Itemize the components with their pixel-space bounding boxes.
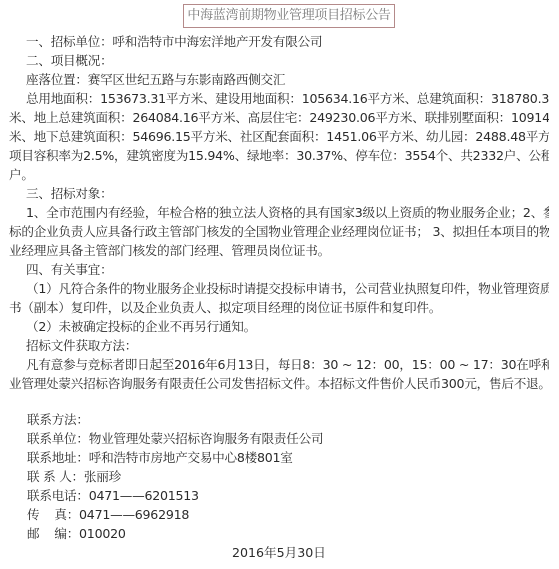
section-project-overview-heading: 二、项目概况：: [26, 51, 549, 70]
contact-phone: 联系电话：0471——6201513: [27, 486, 549, 505]
project-details-line: 户。: [9, 165, 549, 184]
contact-address: 联系地址：呼和浩特市房地产交易中心8楼801室: [27, 448, 549, 467]
announcement-title: 中海蓝湾前期物业管理项目招标公告: [183, 4, 395, 28]
section-related-matters-heading: 四、有关事宜：: [26, 260, 549, 279]
acquisition-method-heading: 招标文件获取方法：: [26, 336, 549, 355]
related-matters-line: （2）未被确定投标的企业不再另行通知。: [26, 317, 549, 336]
project-details-line: 项目容积率为2.5%，建筑密度为15.94%、绿地率：30.37%、停车位：35…: [9, 146, 549, 165]
contact-person: 联 系 人：张丽珍: [27, 467, 549, 486]
related-matters-line: 书（副本）复印件，以及企业负责人、拟定项目经理的岗位证书原件和复印件。: [9, 298, 549, 317]
bid-target-line: 业经理应具备主管部门核发的部门经理、管理员岗位证书。: [9, 241, 549, 260]
project-details-line: 米、地上总建筑面积：264084.16平方米、高层住宅：249230.06平方米…: [9, 108, 549, 127]
bidding-unit: 一、招标单位：呼和浩特市中海宏洋地产开发有限公司: [26, 32, 549, 51]
contact-unit: 联系单位：物业管理处蒙兴招标咨询服务有限责任公司: [27, 429, 549, 448]
bid-target-line: 1、全市范围内有经验，年检合格的独立法人资格的具有国家3级以上资质的物业服务企业…: [26, 203, 549, 222]
contact-postcode: 邮 编：010020: [27, 524, 549, 543]
announcement-date: 2016年5月30日: [232, 543, 326, 562]
project-details-line: 总用地面积：153673.31平方米、建设用地面积：105634.16平方米、总…: [26, 89, 549, 108]
acquisition-method-line: 业管理处蒙兴招标咨询服务有限责任公司发售招标文件。本招标文件售价人民币300元，…: [9, 374, 549, 393]
bid-target-line: 标的企业负责人应具备行政主管部门核发的全国物业管理企业经理岗位证书； 3、拟担任…: [9, 222, 549, 241]
contact-heading: 联系方法：: [27, 410, 549, 429]
contact-fax: 传 真：0471——6962918: [27, 505, 549, 524]
project-details-line: 米、地下总建筑面积：54696.15平方米、社区配套面积：1451.06平方米、…: [9, 127, 549, 146]
project-location: 座落位置：赛罕区世纪五路与东影南路西侧交汇: [26, 70, 549, 89]
related-matters-line: （1）凡符合条件的物业服务企业投标时请提交投标申请书，公司营业执照复印件，物业管…: [26, 279, 549, 298]
acquisition-method-line: 凡有意参与竞标者即日起至2016年6月13日，每日8：30 ~ 12：00，15…: [26, 355, 549, 374]
section-bid-target-heading: 三、招标对象：: [26, 184, 549, 203]
